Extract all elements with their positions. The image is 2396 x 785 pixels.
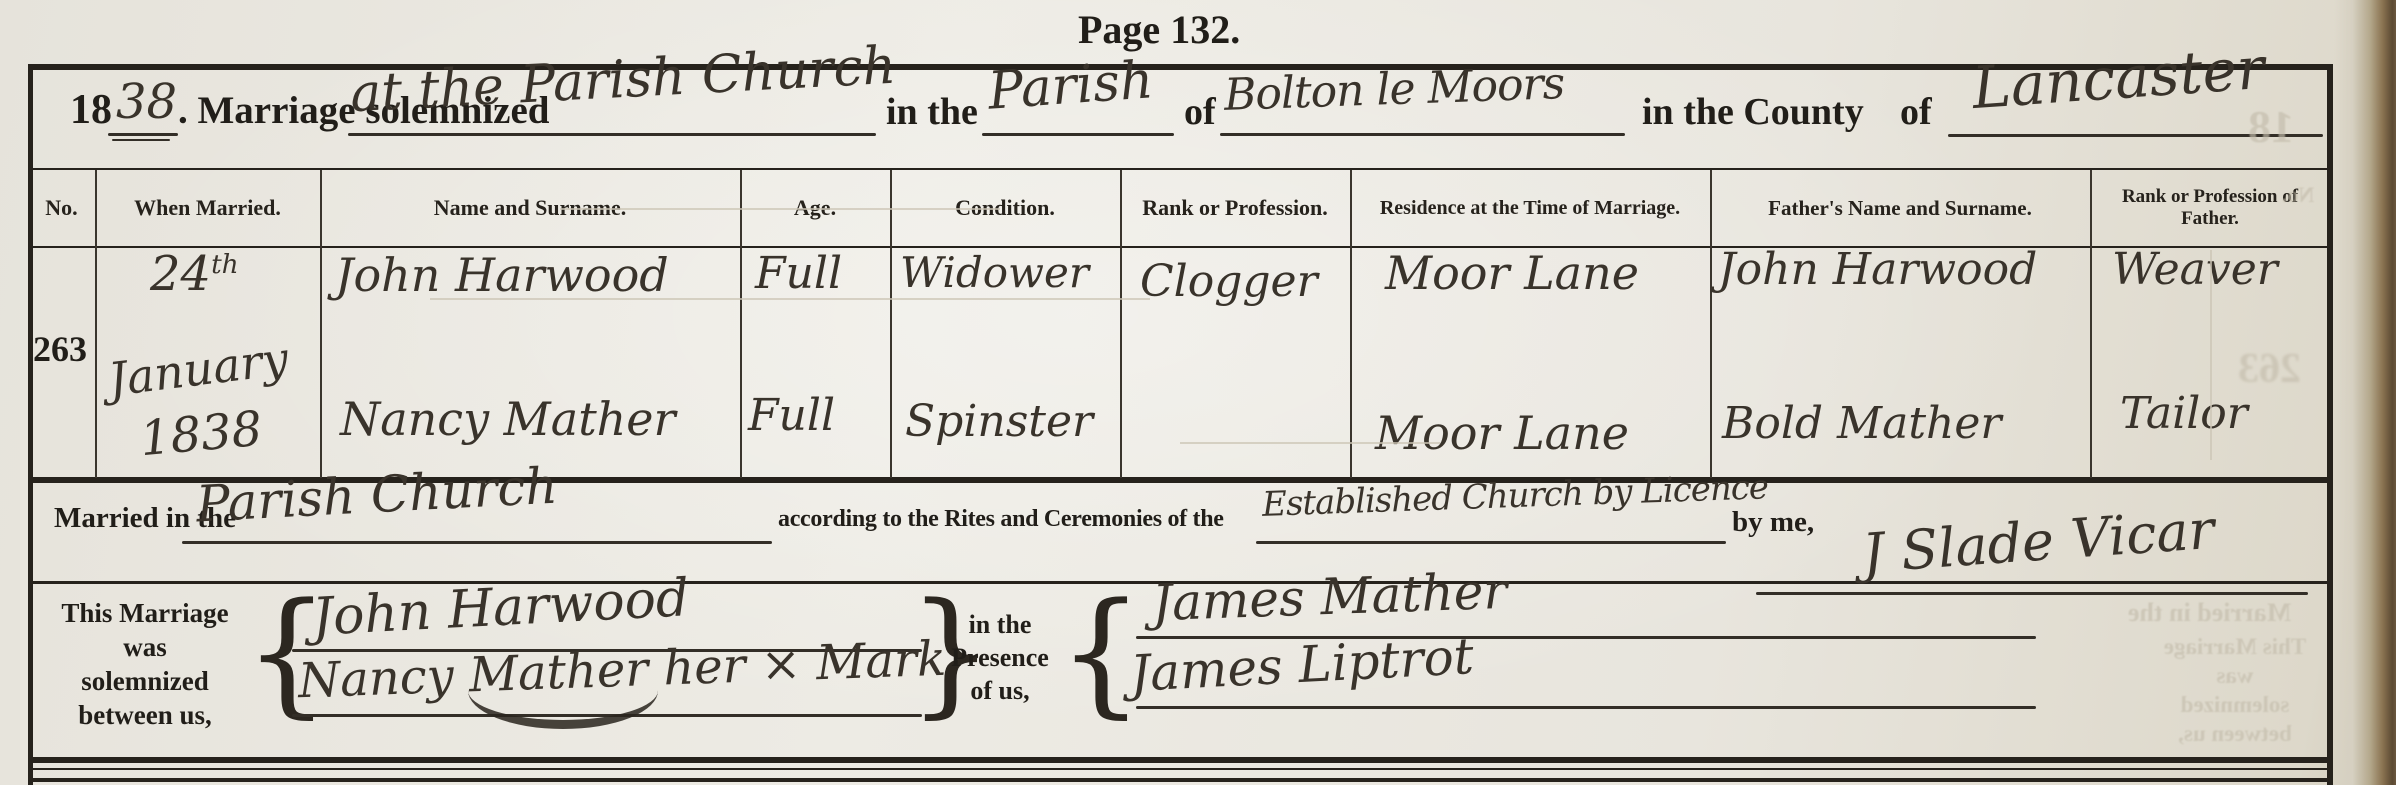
column-header-father-name: Father's Name and Surname. <box>1710 170 2090 246</box>
year-underline-2 <box>112 139 170 141</box>
bleedthrough-entry-no: 263 <box>2238 345 2301 393</box>
ceremony-place-underline <box>182 541 772 544</box>
groom-rank: Clogger <box>1140 256 1318 307</box>
bride-father-name: Bold Mather <box>1722 398 2001 449</box>
groom-condition: Widower <box>900 248 1089 297</box>
column-header-rank-profession: Rank or Profession. <box>1120 170 1350 246</box>
column-header-when-married: When Married. <box>95 170 320 246</box>
church-written: at the Parish Church <box>349 36 898 125</box>
groom-residence: Moor Lane <box>1385 246 1639 300</box>
presence-label-line-2: Presence <box>940 641 1060 674</box>
entry-when-married-day: 24th <box>150 246 239 302</box>
year-prefix-label: 18 <box>70 86 112 134</box>
bleedthrough-line <box>430 298 1150 300</box>
ceremony-place-written: Parish Church <box>195 457 559 534</box>
church-underline <box>348 133 876 136</box>
day-suffix: th <box>211 249 239 280</box>
district-underline <box>1220 133 1625 136</box>
attestation-label-line-2: was <box>35 630 255 664</box>
column-header-residence: Residence at the Time of Marriage. <box>1350 170 1710 246</box>
bleedthrough-line <box>560 208 1000 210</box>
next-record-top-rule <box>28 778 2332 782</box>
groom-name: John Harwood <box>335 248 669 302</box>
attestation-label: This Marriage was solemnized between us, <box>35 596 255 732</box>
officiant-signature-line <box>1756 592 2308 595</box>
bleedthrough-married-in: Married in the <box>2128 598 2291 628</box>
witness-signature-line-2 <box>1136 706 2036 709</box>
of-label-2: of <box>1900 90 1932 134</box>
groom-age: Full <box>755 248 842 299</box>
in-the-label: in the <box>886 90 978 134</box>
bleedthrough-attestation-line-3: solemnized <box>2150 690 2320 719</box>
parish-written: Parish <box>986 50 1155 121</box>
rites-written: Established Church by Licence <box>1261 467 1768 525</box>
presence-label: in the Presence of us, <box>940 608 1060 707</box>
attestation-label-line-3: solemnized <box>35 664 255 698</box>
page-edge <box>2334 0 2396 785</box>
county-written: Lancaster <box>1970 34 2267 122</box>
bleedthrough-line <box>1180 442 1440 444</box>
groom-father-name: John Harwood <box>1718 244 2037 295</box>
presence-label-line-1: in the <box>940 608 1060 641</box>
county-label: in the County <box>1642 90 1864 134</box>
bride-residence: Moor Lane <box>1375 406 1629 460</box>
year-underline <box>108 133 178 136</box>
parish-underline <box>982 133 1174 136</box>
rites-underline <box>1256 541 1726 544</box>
bride-age: Full <box>748 390 835 441</box>
marriage-register-page: Page 132. 18 38 . Marriage solemnized at… <box>0 0 2396 785</box>
presence-label-line-3: of us, <box>940 674 1060 707</box>
record-bottom-rule-2 <box>28 768 2332 770</box>
officiant-signature: J Slade Vicar <box>1860 498 2216 585</box>
attestation-label-line-1: This Marriage <box>35 596 255 630</box>
district-written: Bolton le Moors <box>1223 58 1565 121</box>
bleedthrough-attestation-line-1: This Marriage <box>2150 632 2320 661</box>
ink-blot <box>468 652 658 729</box>
day-value: 24 <box>150 246 211 302</box>
entry-when-married-month: January <box>105 331 291 407</box>
bride-condition: Spinster <box>905 396 1093 447</box>
bleedthrough-attestation-line-2: was <box>2150 661 2320 690</box>
by-me-label: by me, <box>1732 506 1814 539</box>
column-header-no: No. <box>28 170 95 246</box>
of-label: of <box>1184 90 1216 134</box>
record-bottom-rule <box>28 757 2332 763</box>
bleedthrough-year: 18 <box>2248 100 2294 153</box>
year-written: 38 <box>116 74 177 130</box>
attestation-label-line-4: between us, <box>35 698 255 732</box>
bride-name: Nancy Mather <box>340 392 676 446</box>
rites-label: according to the Rites and Ceremonies of… <box>778 506 1224 533</box>
bleedthrough-attestation-line-4: between us, <box>2150 719 2320 748</box>
entry-when-married-year: 1838 <box>138 401 265 467</box>
entry-no: 263 <box>33 328 87 370</box>
groom-father-rank: Weaver <box>2112 244 2278 295</box>
bleedthrough-vertical-line <box>2210 250 2212 460</box>
page-title: Page 132. <box>1078 6 1240 53</box>
bride-father-rank: Tailor <box>2120 388 2248 439</box>
bleedthrough-attestation: This Marriage was solemnized between us, <box>2150 632 2320 748</box>
witness-signature-1: James Mather <box>1151 562 1508 632</box>
bleedthrough-no-label: No. <box>2282 182 2314 208</box>
